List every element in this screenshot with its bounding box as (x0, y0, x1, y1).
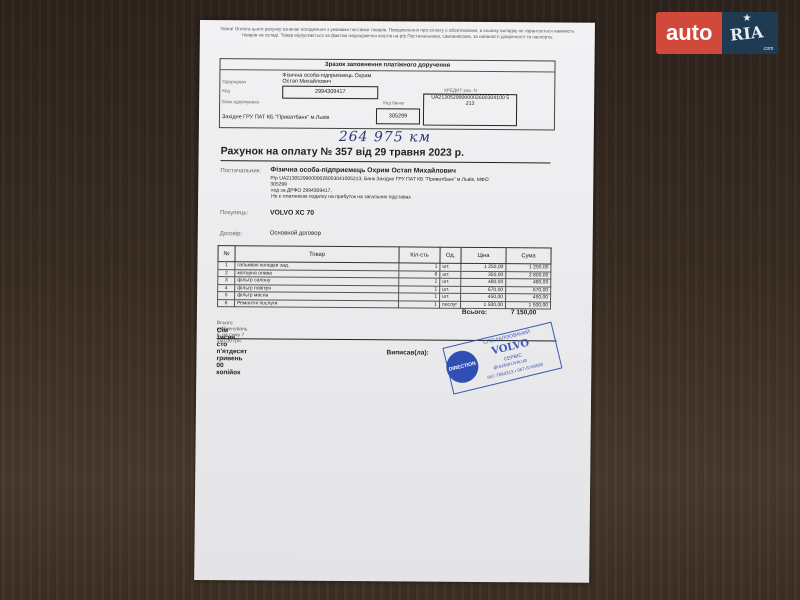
buyer-value: VOLVO XC 70 (270, 209, 314, 216)
row-price: 1 500,00 (460, 301, 505, 309)
recipient-label: Одержувач (222, 79, 246, 84)
supplier-details-1: Р/р UA213052990000026003041005213, Банк … (270, 175, 488, 183)
payment-sample-box: Зразок заповнення платіжного доручення Ф… (219, 58, 556, 130)
table-row: 6Ремонтні послуги1послуг1 500,001 500,00 (217, 299, 550, 309)
stamp-logo-circle: DIRECTION (443, 347, 482, 386)
credit-value-2: 213 (424, 101, 516, 108)
code-label: Код (222, 88, 230, 93)
code-value: 2994309417 (282, 86, 378, 100)
row-unit: шт. (440, 293, 461, 301)
bank-label: Банк одержувача (222, 99, 259, 104)
logo-com-text: .com (763, 46, 774, 52)
credit-label: КРЕДИТ рах. N (444, 88, 477, 93)
buyer-label: Покупець: (220, 210, 248, 216)
invoice-paper: Увага! Оплата цього рахунку означає пого… (194, 20, 595, 583)
row-number: 1 (218, 262, 235, 270)
payment-sample-title: Зразок заповнення платіжного доручення (221, 61, 555, 69)
contract-value: Основной договор (270, 230, 321, 236)
row-unit: шт. (440, 286, 461, 294)
col-unit: Од. (440, 247, 461, 263)
row-item: Ремонтні послуги (234, 299, 398, 308)
star-icon: ★ (742, 13, 751, 24)
logo-ria-text: RIA (730, 22, 765, 44)
col-qty: Кіл-сть (399, 247, 440, 263)
service-stamp: DIRECTION СПЕЦІАЛІЗОВАНИЙ VOLVO СЕРВІС d… (442, 322, 562, 395)
row-unit: шт. (440, 278, 461, 286)
row-number: 6 (217, 299, 234, 307)
divider (220, 69, 554, 72)
row-sum: 1 500,00 (505, 301, 550, 309)
row-unit: послуг (439, 301, 460, 309)
col-item: Товар (235, 246, 399, 263)
bank-code-label: Код банку (383, 100, 404, 105)
row-unit: шт. (440, 263, 461, 271)
divider (221, 160, 551, 163)
autoria-watermark-logo: auto ★ RIA .com (656, 12, 778, 54)
total-label: Всього: (462, 309, 487, 316)
signed-by-label: Виписав(ла): (386, 349, 428, 356)
handwritten-mileage: 264 975 км (339, 129, 431, 146)
row-unit: шт. (440, 271, 461, 279)
bank-code-value: 305299 (376, 108, 420, 124)
invoice-title: Рахунок на оплату № 357 від 29 травня 20… (221, 145, 465, 159)
logo-auto-text: auto (656, 12, 722, 54)
col-sum: Сума (506, 248, 551, 264)
row-qty: 1 (398, 300, 439, 308)
col-number: № (218, 246, 235, 262)
row-number: 4 (218, 284, 235, 292)
supplier-name: Фізична особа-підприємець Охрим Остап Ми… (270, 166, 456, 174)
payment-notice: Увага! Оплата цього рахунку означає пого… (220, 26, 575, 40)
items-table: № Товар Кіл-сть Од. Ціна Сума 1гальмівні… (217, 245, 552, 309)
logo-ria-block: ★ RIA .com (722, 12, 778, 54)
credit-account-box: UA21305299000002600304100 5 213 (423, 94, 517, 127)
sum-in-words: Сім тисяч сто п'ятдесят гривень 00 копій… (216, 327, 247, 376)
recipient-name-2: Остап Михайлович (282, 79, 331, 85)
row-number: 2 (218, 269, 235, 277)
total-value: 7 150,00 (511, 309, 536, 316)
contract-label: Договір: (220, 231, 242, 237)
row-number: 5 (218, 292, 235, 300)
bank-name: Західне ГРУ ПАТ КБ "Приватбанк" м.Львів (222, 114, 329, 121)
col-price: Ціна (461, 247, 506, 263)
supplier-label: Постачальник: (220, 168, 261, 174)
supplier-details-4: Не є платником податку на прибуток на за… (271, 194, 411, 201)
row-number: 3 (218, 277, 235, 285)
